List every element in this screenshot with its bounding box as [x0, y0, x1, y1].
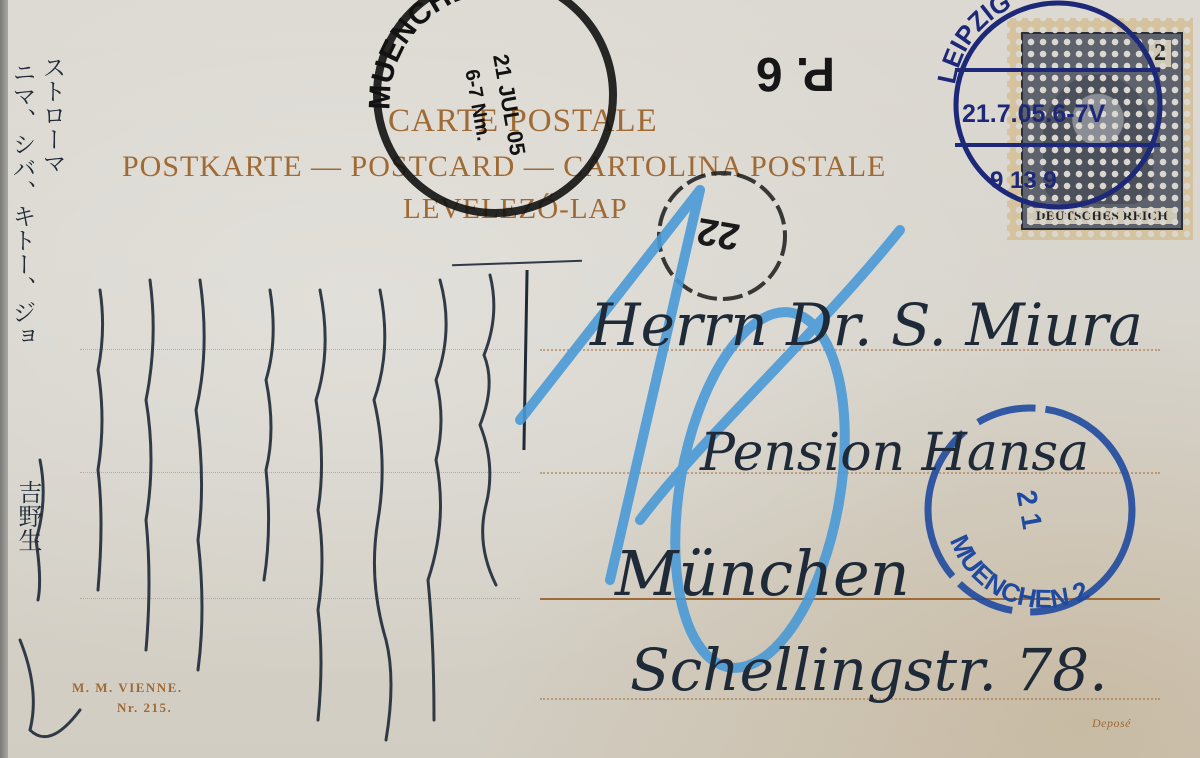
p6-marking: P. 6 — [756, 47, 835, 100]
address-line3: München — [614, 537, 910, 610]
japanese-margin-note: ストローマ ニマ、シバ、キトー、ジョ 吉野生 — [8, 55, 66, 552]
svg-text:LEIPZIG: LEIPZIG — [931, 0, 1016, 86]
svg-text:ニマ、シバ、キトー、ジョ: ニマ、シバ、キトー、ジョ — [8, 60, 36, 348]
postmark-time: 6-7 Nm. — [460, 68, 494, 143]
postmark-date: 21 JUL 05 — [488, 52, 530, 157]
address-line1: Herrn Dr. S. Miura — [589, 291, 1143, 359]
leipzig-date: 21.7.05.6-7V — [962, 100, 1105, 128]
postcard: CARTE POSTALE POSTKARTE — POSTCARD — CAR… — [0, 0, 1200, 758]
leipzig-postmark: LEIPZIG 21.7.05.6-7V 9 13 9 — [931, 0, 1160, 207]
leipzig-bottom: 9 13 9 — [990, 167, 1057, 194]
japanese-message — [20, 275, 496, 740]
address-line4: Schellingstr. 78. — [630, 636, 1108, 704]
handwritten-address: Herrn Dr. S. Miura Pension Hansa München… — [589, 291, 1143, 704]
ink-layer: MUENCHEN 2 21 JUL 05 6-7 Nm. P. 6 22 LEI… — [0, 0, 1200, 758]
svg-text:吉野生: 吉野生 — [14, 480, 42, 552]
address-line2: Pension Hansa — [699, 423, 1089, 483]
svg-text:2 1: 2 1 — [1011, 488, 1048, 532]
svg-text:ストローマ: ストローマ — [38, 55, 66, 175]
svg-text:MUENCHEN 2: MUENCHEN 2 — [944, 530, 1093, 614]
muenchen-postmark: MUENCHEN 2 21 JUL 05 6-7 Nm. — [363, 0, 613, 213]
svg-text:22: 22 — [694, 209, 743, 258]
